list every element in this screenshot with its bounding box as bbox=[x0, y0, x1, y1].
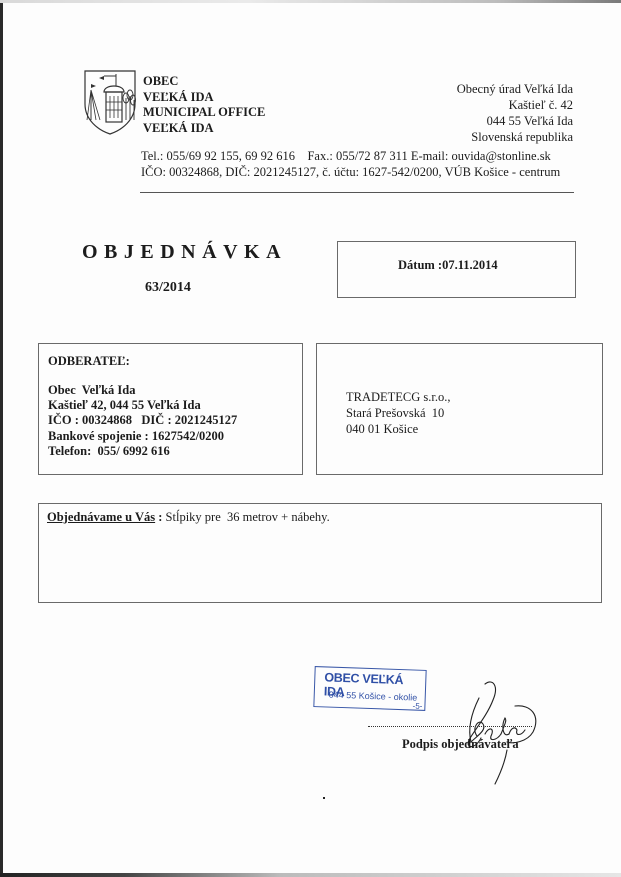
supplier-line: Stará Prešovská 10 bbox=[346, 405, 451, 421]
signature-label: Podpis objednávateľa bbox=[402, 737, 519, 752]
order-description: Objednávame u Vás : Stĺpiky pre 36 metro… bbox=[47, 510, 330, 525]
scan-edge-left bbox=[0, 0, 3, 877]
buyer-line: Obec Veľká Ida bbox=[48, 383, 237, 398]
buyer-box: ODBERATEĽ: Obec Veľká Ida Kaštieľ 42, 04… bbox=[38, 343, 303, 475]
buyer-line: Bankové spojenie : 1627542/0200 bbox=[48, 429, 237, 444]
org-line: VEĽKÁ IDA bbox=[143, 121, 265, 137]
supplier-line: 040 01 Košice bbox=[346, 421, 451, 437]
handwritten-signature-icon bbox=[455, 676, 545, 786]
stamp-number: -5- bbox=[412, 702, 422, 711]
contact-line-phone-email: Tel.: 055/69 92 155, 69 92 616 Fax.: 055… bbox=[141, 148, 560, 164]
contact-info: Tel.: 055/69 92 155, 69 92 616 Fax.: 055… bbox=[141, 148, 560, 180]
org-line: MUNICIPAL OFFICE bbox=[143, 105, 265, 121]
address-line: Obecný úrad Veľká Ida bbox=[457, 81, 573, 97]
order-box: Objednávame u Vás : Stĺpiky pre 36 metro… bbox=[38, 503, 602, 603]
order-number: 63/2014 bbox=[145, 280, 191, 296]
official-stamp: OBEC VEĽKÁ IDA 044 55 Košice - okolie -5… bbox=[313, 666, 426, 711]
supplier-details: TRADETECG s.r.o., Stará Prešovská 10 040… bbox=[346, 389, 451, 437]
order-date: Dátum :07.11.2014 bbox=[398, 258, 498, 273]
scan-edge-top bbox=[0, 0, 621, 3]
header-divider bbox=[140, 192, 574, 193]
buyer-line: Kaštieľ 42, 044 55 Veľká Ida bbox=[48, 398, 237, 413]
stamp-subtitle: 044 55 Košice - okolie bbox=[329, 690, 418, 703]
signature-line bbox=[368, 726, 532, 727]
scan-speck bbox=[323, 797, 325, 799]
address-line: Kaštieľ č. 42 bbox=[457, 97, 573, 113]
supplier-line: TRADETECG s.r.o., bbox=[346, 389, 451, 405]
address-line: Slovenská republika bbox=[457, 129, 573, 145]
order-text: Stĺpiky pre 36 metrov + nábehy. bbox=[166, 510, 330, 524]
contact-line-ids-bank: IČO: 00324868, DIČ: 2021245127, č. účtu:… bbox=[141, 164, 560, 180]
order-separator: : bbox=[155, 510, 165, 524]
org-line: VEĽKÁ IDA bbox=[143, 90, 265, 106]
municipality-name: OBEC VEĽKÁ IDA MUNICIPAL OFFICE VEĽKÁ ID… bbox=[143, 74, 265, 136]
supplier-box: TRADETECG s.r.o., Stará Prešovská 10 040… bbox=[316, 343, 603, 475]
buyer-line: Telefon: 055/ 6992 616 bbox=[48, 444, 237, 459]
buyer-line: IČO : 00324868 DIČ : 2021245127 bbox=[48, 413, 237, 428]
address-line: 044 55 Veľká Ida bbox=[457, 113, 573, 129]
org-line: OBEC bbox=[143, 74, 265, 90]
buyer-heading: ODBERATEĽ: bbox=[48, 354, 130, 369]
buyer-details: Obec Veľká Ida Kaštieľ 42, 044 55 Veľká … bbox=[48, 383, 237, 459]
document-title: OBJEDNÁVKA bbox=[82, 241, 287, 264]
scan-edge-bottom bbox=[0, 873, 621, 877]
order-label: Objednávame u Vás bbox=[47, 510, 155, 524]
coat-of-arms-icon bbox=[82, 68, 138, 136]
date-box: Dátum :07.11.2014 bbox=[337, 241, 576, 298]
office-address: Obecný úrad Veľká Ida Kaštieľ č. 42 044 … bbox=[457, 81, 573, 145]
